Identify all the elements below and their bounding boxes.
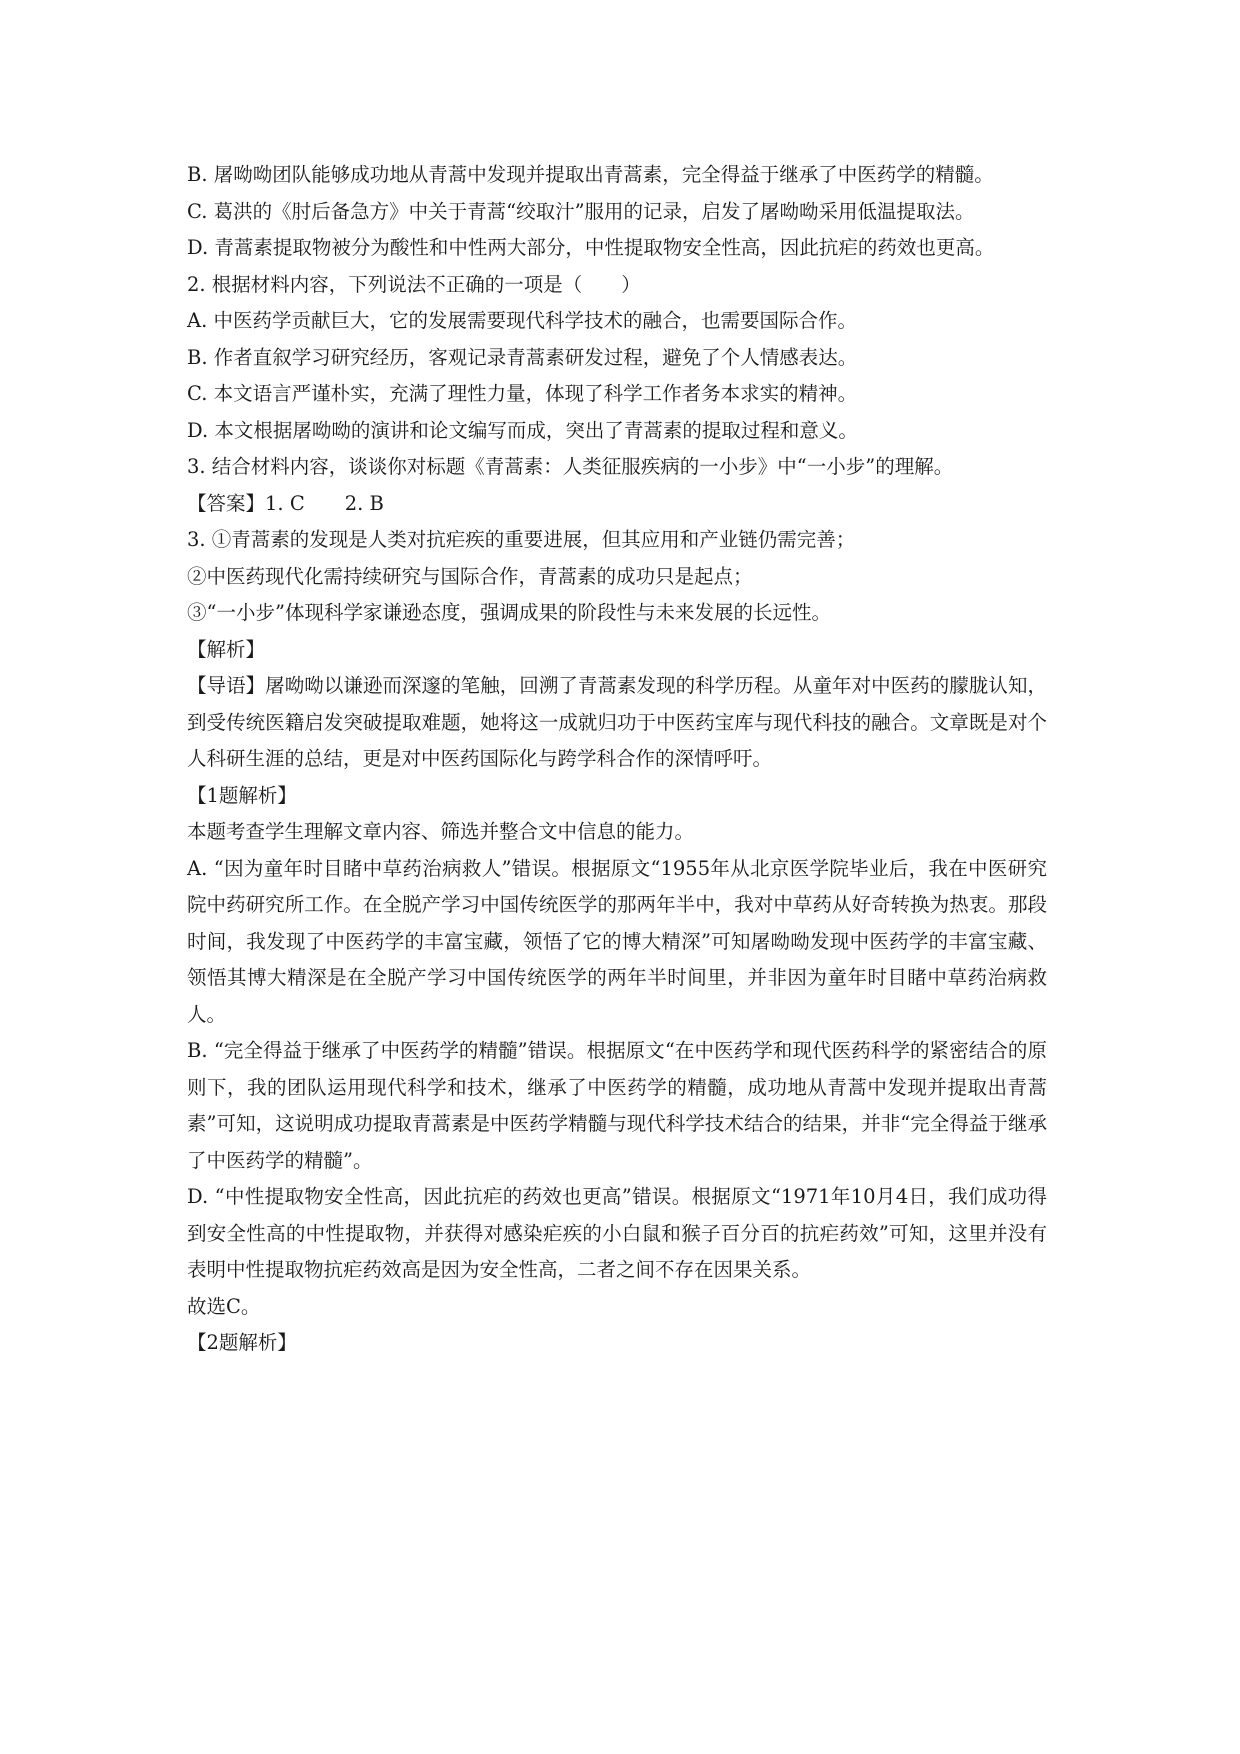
q1-conclusion: 故选C。 [187,1289,1047,1326]
q2-stem: 2. 根据材料内容，下列说法不正确的一项是（ ） [187,267,1047,304]
q1-analysis-label: 【1题解析】 [187,778,1047,815]
answer-3-point-1: 3. ①青蒿素的发现是人类对抗疟疾的重要进展，但其应用和产业链仍需完善； [187,522,1047,559]
answer-3-point-3: ③“一小步”体现科学家谦逊态度，强调成果的阶段性与未来发展的长远性。 [187,595,1047,632]
answer-row: 【答案】1. C2. B [187,486,1047,523]
analysis-label: 【解析】 [187,632,1047,669]
answer-label: 【答案】 [187,492,265,515]
document-page: B. 屠呦呦团队能够成功地从青蒿中发现并提取出青蒿素，完全得益于继承了中医药学的… [187,157,1047,1362]
q2-option-b: B. 作者直叙学习研究经历，客观记录青蒿素研发过程，避免了个人情感表达。 [187,340,1047,377]
q1-option-c: C. 葛洪的《肘后备急方》中关于青蒿“绞取汁”服用的记录，启发了屠呦呦采用低温提… [187,194,1047,231]
q2-option-a: A. 中医药学贡献巨大，它的发展需要现代科学技术的融合，也需要国际合作。 [187,303,1047,340]
q1-analysis-b: B. “完全得益于继承了中医药学的精髓”错误。根据原文“在中医药学和现代医药科学… [187,1033,1047,1179]
q1-option-b: B. 屠呦呦团队能够成功地从青蒿中发现并提取出青蒿素，完全得益于继承了中医药学的… [187,157,1047,194]
analysis-intro: 【导语】屠呦呦以谦逊而深邃的笔触，回溯了青蒿素发现的科学历程。从童年对中医药的朦… [187,668,1047,778]
answer-2: 2. B [345,492,384,515]
q2-option-c: C. 本文语言严谨朴实，充满了理性力量，体现了科学工作者务本求实的精神。 [187,376,1047,413]
q2-option-d: D. 本文根据屠呦呦的演讲和论文编写而成，突出了青蒿素的提取过程和意义。 [187,413,1047,450]
answer-3-point-2: ②中医药现代化需持续研究与国际合作，青蒿素的成功只是起点； [187,559,1047,596]
q1-analysis-desc: 本题考查学生理解文章内容、筛选并整合文中信息的能力。 [187,814,1047,851]
answer-1: 1. C [265,492,305,515]
q2-analysis-label: 【2题解析】 [187,1325,1047,1362]
q3-stem: 3. 结合材料内容，谈谈你对标题《青蒿素：人类征服疾病的一小步》中“一小步”的理… [187,449,1047,486]
q1-analysis-d: D. “中性提取物安全性高，因此抗疟的药效也更高”错误。根据原文“1971年10… [187,1179,1047,1289]
q1-analysis-a: A. “因为童年时目睹中草药治病救人”错误。根据原文“1955年从北京医学院毕业… [187,851,1047,1034]
q1-option-d: D. 青蒿素提取物被分为酸性和中性两大部分，中性提取物安全性高，因此抗疟的药效也… [187,230,1047,267]
